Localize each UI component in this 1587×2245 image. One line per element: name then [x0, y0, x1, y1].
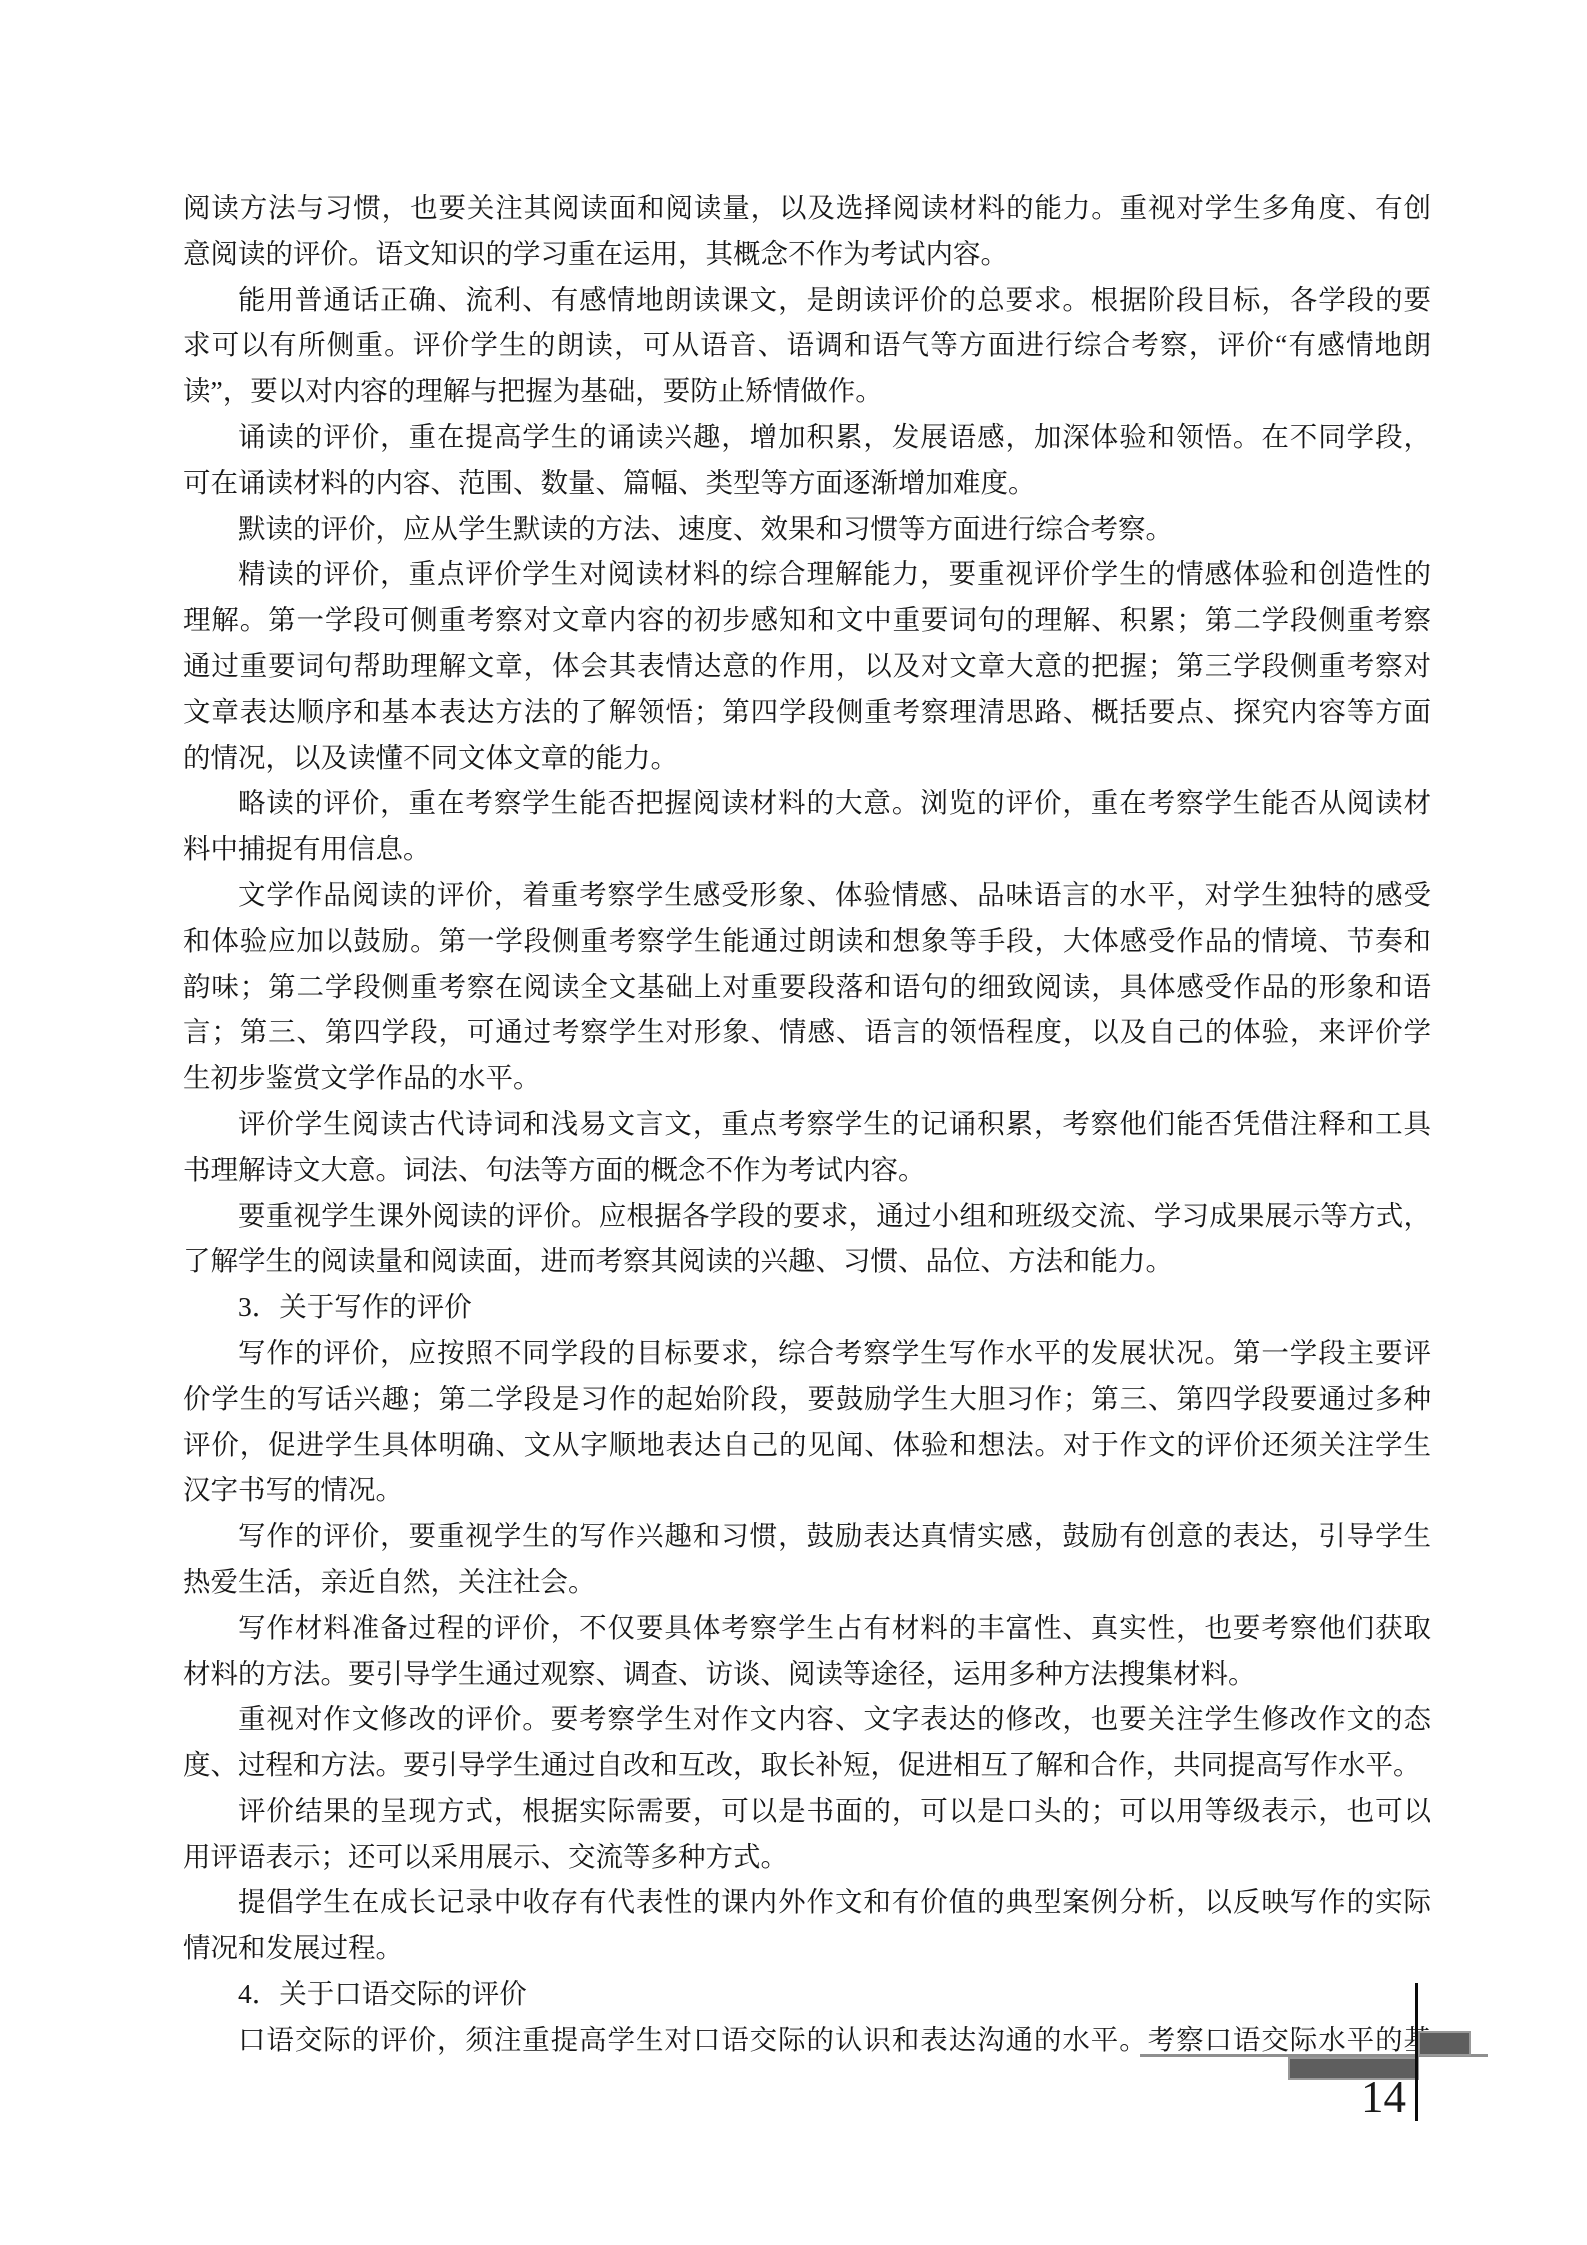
text-line: 度、过程和方法。要引导学生通过自改和互改，取长补短，促进相互了解和合作，共同提高…: [183, 1742, 1431, 1788]
text-line: 文章表达顺序和基本表达方法的了解领悟；第四学段侧重考察理清思路、概括要点、探究内…: [183, 689, 1431, 735]
text-line: 读”，要以对内容的理解与把握为基础，要防止矫情做作。: [183, 368, 1431, 414]
text-line: 能用普通话正确、流利、有感情地朗读课文，是朗读评价的总要求。根据阶段目标，各学段…: [183, 277, 1431, 323]
text-line: 用评语表示；还可以采用展示、交流等多种方式。: [183, 1834, 1431, 1880]
text-line: 写作的评价，应按照不同学段的目标要求，综合考察学生写作水平的发展状况。第一学段主…: [183, 1330, 1431, 1376]
text-line: 热爱生活，亲近自然，关注社会。: [183, 1559, 1431, 1605]
text-line: 可在诵读材料的内容、范围、数量、篇幅、类型等方面逐渐增加难度。: [183, 460, 1431, 506]
text-line: 阅读方法与习惯，也要关注其阅读面和阅读量，以及选择阅读材料的能力。重视对学生多角…: [183, 185, 1431, 231]
text-line: 评价，促进学生具体明确、文从字顺地表达自己的见闻、体验和想法。对于作文的评价还须…: [183, 1422, 1431, 1468]
text-line: 价学生的写话兴趣；第二学段是习作的起始阶段，要鼓励学生大胆习作；第三、第四学段要…: [183, 1376, 1431, 1422]
text-line: 生初步鉴赏文学作品的水平。: [183, 1055, 1431, 1101]
text-line: 默读的评价，应从学生默读的方法、速度、效果和习惯等方面进行综合考察。: [183, 506, 1431, 552]
text-line: 理解。第一学段可侧重考察对文章内容的初步感知和文中重要词句的理解、积累；第二学段…: [183, 597, 1431, 643]
text-line: 情况和发展过程。: [183, 1925, 1431, 1971]
text-line: 诵读的评价，重在提高学生的诵读兴趣，增加积累，发展语感，加深体验和领悟。在不同学…: [183, 414, 1431, 460]
text-line: 写作材料准备过程的评价，不仅要具体考察学生占有材料的丰富性、真实性，也要考察他们…: [183, 1605, 1431, 1651]
text-line: 4．关于口语交际的评价: [183, 1971, 1431, 2017]
text-line: 要重视学生课外阅读的评价。应根据各学段的要求，通过小组和班级交流、学习成果展示等…: [183, 1193, 1431, 1239]
margin-rule: [1415, 1983, 1418, 2121]
text-line: 了解学生的阅读量和阅读面，进而考察其阅读的兴趣、习惯、品位、方法和能力。: [183, 1238, 1431, 1284]
text-line: 意阅读的评价。语文知识的学习重在运用，其概念不作为考试内容。: [183, 231, 1431, 277]
document-page: 阅读方法与习惯，也要关注其阅读面和阅读量，以及选择阅读材料的能力。重视对学生多角…: [0, 0, 1587, 2245]
gray-highlight-block-upper: [1418, 2031, 1471, 2056]
text-line: 重视对作文修改的评价。要考察学生对作文内容、文字表达的修改，也要关注学生修改作文…: [183, 1696, 1431, 1742]
text-line: 通过重要词句帮助理解文章，体会其表情达意的作用，以及对文章大意的把握；第三学段侧…: [183, 643, 1431, 689]
text-line: 的情况，以及读懂不同文体文章的能力。: [183, 735, 1431, 781]
text-line: 略读的评价，重在考察学生能否把握阅读材料的大意。浏览的评价，重在考察学生能否从阅…: [183, 780, 1431, 826]
text-line: 材料的方法。要引导学生通过观察、调查、访谈、阅读等途径，运用多种方法搜集材料。: [183, 1651, 1431, 1697]
body-text: 阅读方法与习惯，也要关注其阅读面和阅读量，以及选择阅读材料的能力。重视对学生多角…: [183, 185, 1431, 2063]
text-line: 评价结果的呈现方式，根据实际需要，可以是书面的，可以是口头的；可以用等级表示，也…: [183, 1788, 1431, 1834]
text-line: 写作的评价，要重视学生的写作兴趣和习惯，鼓励表达真情实感，鼓励有创意的表达，引导…: [183, 1513, 1431, 1559]
text-line: 求可以有所侧重。评价学生的朗读，可从语音、语调和语气等方面进行综合考察，评价“有…: [183, 322, 1431, 368]
text-line: 汉字书写的情况。: [183, 1467, 1431, 1513]
text-line: 言；第三、第四学段，可通过考察学生对形象、情感、语言的领悟程度，以及自己的体验，…: [183, 1009, 1431, 1055]
text-line: 韵味；第二学段侧重考察在阅读全文基础上对重要段落和语句的细致阅读，具体感受作品的…: [183, 964, 1431, 1010]
text-line: 书理解诗文大意。词法、句法等方面的概念不作为考试内容。: [183, 1147, 1431, 1193]
text-line: 文学作品阅读的评价，着重考察学生感受形象、体验情感、品味语言的水平，对学生独特的…: [183, 872, 1431, 918]
text-line: 精读的评价，重点评价学生对阅读材料的综合理解能力，要重视评价学生的情感体验和创造…: [183, 551, 1431, 597]
text-line: 评价学生阅读古代诗词和浅易文言文，重点考察学生的记诵积累，考察他们能否凭借注释和…: [183, 1101, 1431, 1147]
text-line: 3．关于写作的评价: [183, 1284, 1431, 1330]
page-number: 14: [1330, 2074, 1406, 2120]
text-line: 料中捕捉有用信息。: [183, 826, 1431, 872]
text-line: 和体验应加以鼓励。第一学段侧重考察学生能通过朗读和想象等手段，大体感受作品的情境…: [183, 918, 1431, 964]
text-line: 提倡学生在成长记录中收存有代表性的课内外作文和有价值的典型案例分析，以反映写作的…: [183, 1879, 1431, 1925]
